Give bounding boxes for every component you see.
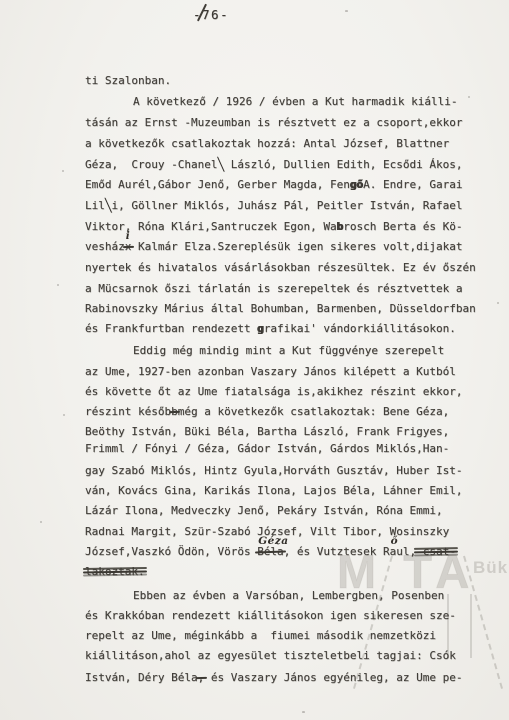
typed-text: rosch Berta és Kö-	[343, 220, 462, 233]
typed-text: a következők csatlakoztak hozzá: Antal J…	[85, 137, 449, 150]
typed-text: gő	[350, 178, 363, 191]
typed-line: A következő / 1926 / évben a Kut harmadi…	[133, 95, 458, 108]
handwritten-correction: i	[126, 230, 131, 243]
typed-line: Rabinovszky Márius által Bohumban, Barme…	[85, 302, 476, 315]
typed-line: Emőd Aurél,Gábor Jenő, Gerber Magda, Fen…	[85, 178, 463, 191]
typed-line: Eddig még mindig mint a Kut függvénye sz…	[133, 344, 444, 357]
watermark-vertical-bar	[470, 594, 472, 658]
scan-speck	[468, 96, 470, 98]
typed-line: Frimml / Fónyi / Géza, Gádor István, Gár…	[85, 442, 449, 455]
typed-text: xi	[125, 240, 132, 253]
typed-line: Beöthy István, Büki Béla, Bartha László,…	[85, 425, 449, 438]
typed-text: és Frankfurtban rendezett	[85, 322, 257, 335]
typed-text: ti Szalonban.	[85, 74, 171, 87]
typed-line: Lázár Ilona, Medveczky Jenő, Pekáry Istv…	[85, 504, 443, 517]
watermark-small-text: Bük	[473, 558, 508, 578]
typed-text: gay Szabó Miklós, Hintz Gyula,Horváth Gu…	[85, 464, 463, 477]
typed-line: és követte őt az Ume fiatalsága is,akikh…	[85, 385, 463, 398]
typed-text: és követte őt az Ume fiatalsága is,akikh…	[85, 385, 463, 398]
typed-text: és Krakkóban rendezett kiállitásokon ige…	[85, 609, 456, 622]
typed-line: gay Szabó Miklós, Hintz Gyula,Horváth Gu…	[85, 464, 463, 477]
typed-text: Rabinovszky Márius által Bohumban, Barme…	[85, 302, 476, 315]
typed-line: tásán az Ernst -Muzeumban is résztvett e…	[85, 116, 463, 129]
typed-line: repelt az Ume, méginkább a fiumei másodi…	[85, 629, 436, 642]
typed-text: részint későb	[85, 405, 171, 418]
typed-line: és Frankfurtban rendezett grafikai' vánd…	[85, 322, 456, 335]
scan-speck	[63, 414, 65, 416]
typed-text: László, Dullien Edith, Ecsődi Ákos,	[224, 158, 462, 171]
typed-text: lakoztak.	[85, 565, 145, 578]
typed-text: kiállitáson,ahol az egyesület tiszteletb…	[85, 649, 456, 662]
typed-text: a Mücsarnok őszi tárlatán is szerepeltek…	[85, 282, 463, 295]
typed-text: i, Göllner Miklós, Juhász Pál, Peitler I…	[112, 199, 463, 212]
typed-line: a Mücsarnok őszi tárlatán is szerepeltek…	[85, 282, 463, 295]
typed-text: ,	[198, 671, 205, 684]
typed-line: kiállitáson,ahol az egyesület tiszteletb…	[85, 649, 456, 662]
typed-line: a következők csatlakoztak hozzá: Antal J…	[85, 137, 449, 150]
typed-line: az Ume, 1927-ben azonban Vaszary János k…	[85, 365, 456, 378]
typed-text: Kalmár Elza.Szereplésük igen sikeres vol…	[131, 240, 462, 253]
typed-line: ti Szalonban.	[85, 74, 171, 87]
typed-text: ván, Kovács Gina, Karikás Ilona, Lajos B…	[85, 484, 463, 497]
typed-text: József,Vaszkó Ödön, Vörös	[85, 545, 257, 558]
typed-text: b	[171, 405, 178, 418]
typed-text: aő	[390, 545, 397, 558]
typed-text: csat-	[416, 545, 456, 558]
typed-line: és Krakkóban rendezett kiállitásokon ige…	[85, 609, 456, 622]
typed-text: Eddig még mindig mint a Kut függvénye sz…	[133, 344, 444, 357]
typed-line: Géza, Crouy -Chanel╲ László, Dullien Edi…	[85, 158, 463, 171]
typed-line: István, Déry Béla, és Vaszary János egyé…	[85, 671, 463, 684]
typed-text: Viktor, Róna Klári,Santruczek Egon, Wa	[85, 220, 337, 233]
typed-line: Lil╲i, Göllner Miklós, Juhász Pál, Peitl…	[85, 199, 463, 212]
typed-text: Beöthy István, Büki Béla, Bartha László,…	[85, 425, 449, 438]
typed-text: még a következők csatlakoztak: Bene Géza…	[178, 405, 450, 418]
typed-line: ván, Kovács Gina, Karikás Ilona, Lajos B…	[85, 484, 463, 497]
typed-line: nyertek és hivatalos vásárlásokban része…	[85, 261, 476, 274]
typed-text: A következő / 1926 / évben a Kut harmadi…	[133, 95, 458, 108]
typed-text: BélaGéza	[257, 545, 284, 558]
typed-text: az Ume, 1927-ben azonban Vaszary János k…	[85, 365, 456, 378]
typed-text: rafikai' vándorkiállitásokon.	[264, 322, 456, 335]
hand-stroke-mark: ╲	[217, 157, 224, 172]
typed-text: Géza, Crouy -Chanel	[85, 158, 217, 171]
typed-text: vesház	[85, 240, 125, 253]
typed-line: vesházxi Kalmár Elza.Szereplésük igen si…	[85, 240, 463, 253]
scanned-page: -76- M TA Bük ti Szalonban.A következő /…	[0, 0, 509, 720]
typed-text: István, Déry Béla	[85, 671, 198, 684]
typed-line: József,Vaszkó Ödön, Vörös BélaGéza, és V…	[85, 545, 456, 558]
typed-text: Ebben az évben a Varsóban, Lembergben, P…	[133, 589, 444, 602]
typed-text: g	[257, 322, 264, 335]
typed-text: Lil	[85, 199, 105, 212]
typed-line: részint későbbmég a következők csatlakoz…	[85, 405, 449, 418]
scan-speck	[345, 10, 348, 12]
typed-line: Ebben az évben a Varsóban, Lembergben, P…	[133, 589, 444, 602]
typed-text: repelt az Ume, méginkább a fiumei másodi…	[85, 629, 436, 642]
typed-text: Lázár Ilona, Medveczky Jenő, Pekáry Istv…	[85, 504, 443, 517]
typed-text: tásán az Ernst -Muzeumban is résztvett e…	[85, 116, 463, 129]
scan-speck	[62, 170, 64, 172]
typed-line: Viktor, Róna Klári,Santruczek Egon, Wabr…	[85, 220, 463, 233]
typed-text: és Vaszary János egyénileg, az Ume pe-	[204, 671, 462, 684]
typed-text: Emőd Aurél,Gábor Jenő, Gerber Magda, Fen	[85, 178, 350, 191]
typed-text: Frimml / Fónyi / Géza, Gádor István, Gár…	[85, 442, 449, 455]
scan-speck	[497, 302, 499, 304]
hand-stroke-mark: ╲	[105, 198, 112, 213]
typed-line: lakoztak.	[85, 565, 145, 578]
scan-speck	[40, 521, 42, 523]
scan-speck	[57, 284, 59, 286]
typed-text: A. Endre, Garai	[363, 178, 462, 191]
scan-speck	[302, 711, 305, 713]
page-number: -76-	[193, 7, 229, 22]
typed-text: b	[337, 220, 344, 233]
typed-text: , és Vutztesek R	[284, 545, 390, 558]
typed-text: nyertek és hivatalos vásárlásokban része…	[85, 261, 476, 274]
